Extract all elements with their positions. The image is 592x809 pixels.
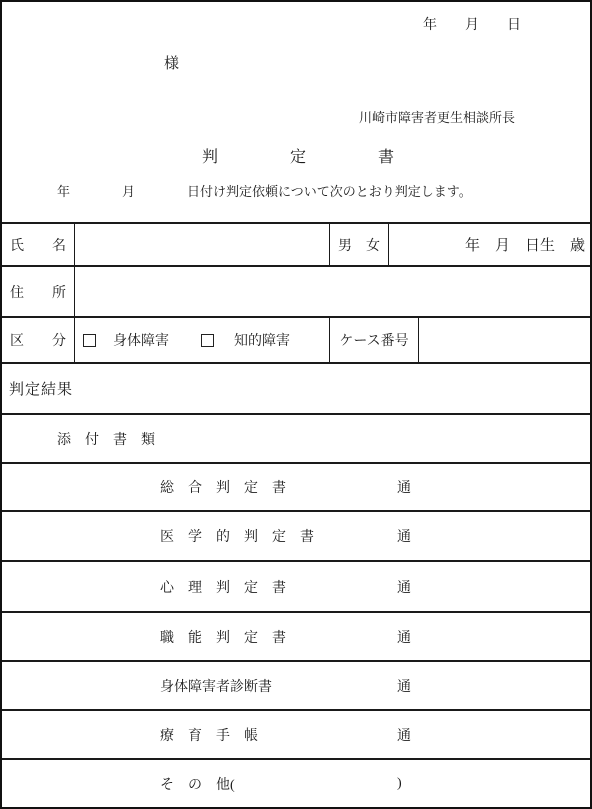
attachment-label: 医 学 的 判 定 書 — [160, 526, 314, 546]
attachment-count-area[interactable] — [302, 668, 392, 703]
address-value-cell[interactable] — [75, 267, 590, 316]
sex-cell[interactable]: 男 女 — [330, 224, 389, 265]
attachment-count-suffix: 通 — [397, 627, 411, 647]
attachment-row-comprehensive: 総 合 判 定 書 通 — [2, 462, 590, 510]
category-row: 区 分 身体障害 知的障害 ケース番号 — [2, 316, 590, 362]
attachment-label: そ の 他( — [160, 774, 235, 794]
attachment-row-other: そ の 他( ) — [2, 758, 590, 807]
attachment-count-area[interactable] — [302, 717, 392, 752]
attachment-row-medical: 医 学 的 判 定 書 通 — [2, 510, 590, 560]
judgment-form-page: 年 月 日 様 川崎市障害者更生相談所長 判定書 年 月 日付け判定依頼について… — [0, 0, 592, 809]
intellectual-disability-label: 知的障害 — [234, 330, 290, 350]
attachment-label: 職 能 判 定 書 — [160, 627, 286, 647]
attachment-count-area[interactable] — [302, 518, 392, 554]
name-value-cell[interactable] — [75, 224, 330, 265]
attachment-count-suffix: 通 — [397, 526, 411, 546]
attachment-count-suffix: 通 — [397, 477, 411, 497]
issue-date-line: 年 月 日 — [423, 18, 521, 35]
attachments-header-row: 添 付 書 類 — [2, 413, 590, 462]
addressee-honorific: 様 — [164, 55, 179, 73]
checkbox-intellectual-disability[interactable] — [201, 334, 214, 347]
name-label: 氏 名 — [2, 224, 75, 265]
sender-name: 川崎市障害者更生相談所長 — [359, 110, 515, 126]
attachment-count-suffix: ) — [397, 776, 402, 792]
result-row: 判定結果 — [2, 362, 590, 413]
attachment-label: 総 合 判 定 書 — [160, 477, 286, 497]
document-title: 判定書 — [202, 148, 466, 167]
attachment-row-rehabilitation-notebook: 療 育 手 帳 通 — [2, 709, 590, 758]
attachment-row-physical-certificate: 身体障害者診断書 通 — [2, 660, 590, 709]
addressee-name-area[interactable] — [22, 50, 160, 76]
attachment-count-area[interactable] — [302, 470, 392, 504]
attachment-count-suffix: 通 — [397, 725, 411, 745]
result-label: 判定結果 — [9, 378, 73, 399]
address-row: 住 所 — [2, 265, 590, 316]
attachment-count-area[interactable] — [302, 619, 392, 654]
attachment-label: 身体障害者診断書 — [160, 676, 272, 696]
attachment-row-psychological: 心 理 判 定 書 通 — [2, 560, 590, 611]
birthdate-cell[interactable]: 年 月 日生 歳 — [389, 224, 590, 265]
case-number-value-cell[interactable] — [419, 318, 590, 362]
form-table: 氏 名 男 女 年 月 日生 歳 住 所 区 分 身体障害 知的障害 ケース番号… — [2, 222, 590, 807]
category-options-cell: 身体障害 知的障害 — [75, 318, 330, 362]
attachment-row-vocational: 職 能 判 定 書 通 — [2, 611, 590, 660]
attachments-label: 添 付 書 類 — [57, 429, 155, 449]
case-number-label: ケース番号 — [330, 318, 419, 362]
attachment-count-suffix: 通 — [397, 676, 411, 696]
address-label: 住 所 — [2, 267, 75, 316]
intro-sentence: 年 月 日付け判定依頼について次のとおり判定します。 — [57, 184, 472, 200]
name-row: 氏 名 男 女 年 月 日生 歳 — [2, 222, 590, 265]
attachment-label: 心 理 判 定 書 — [160, 577, 286, 597]
physical-disability-label: 身体障害 — [113, 330, 169, 350]
attachment-label: 療 育 手 帳 — [160, 725, 258, 745]
attachment-count-suffix: 通 — [397, 577, 411, 597]
category-label: 区 分 — [2, 318, 75, 362]
attachment-count-area[interactable] — [302, 568, 392, 605]
checkbox-physical-disability[interactable] — [83, 334, 96, 347]
attachment-count-area[interactable] — [302, 766, 392, 801]
